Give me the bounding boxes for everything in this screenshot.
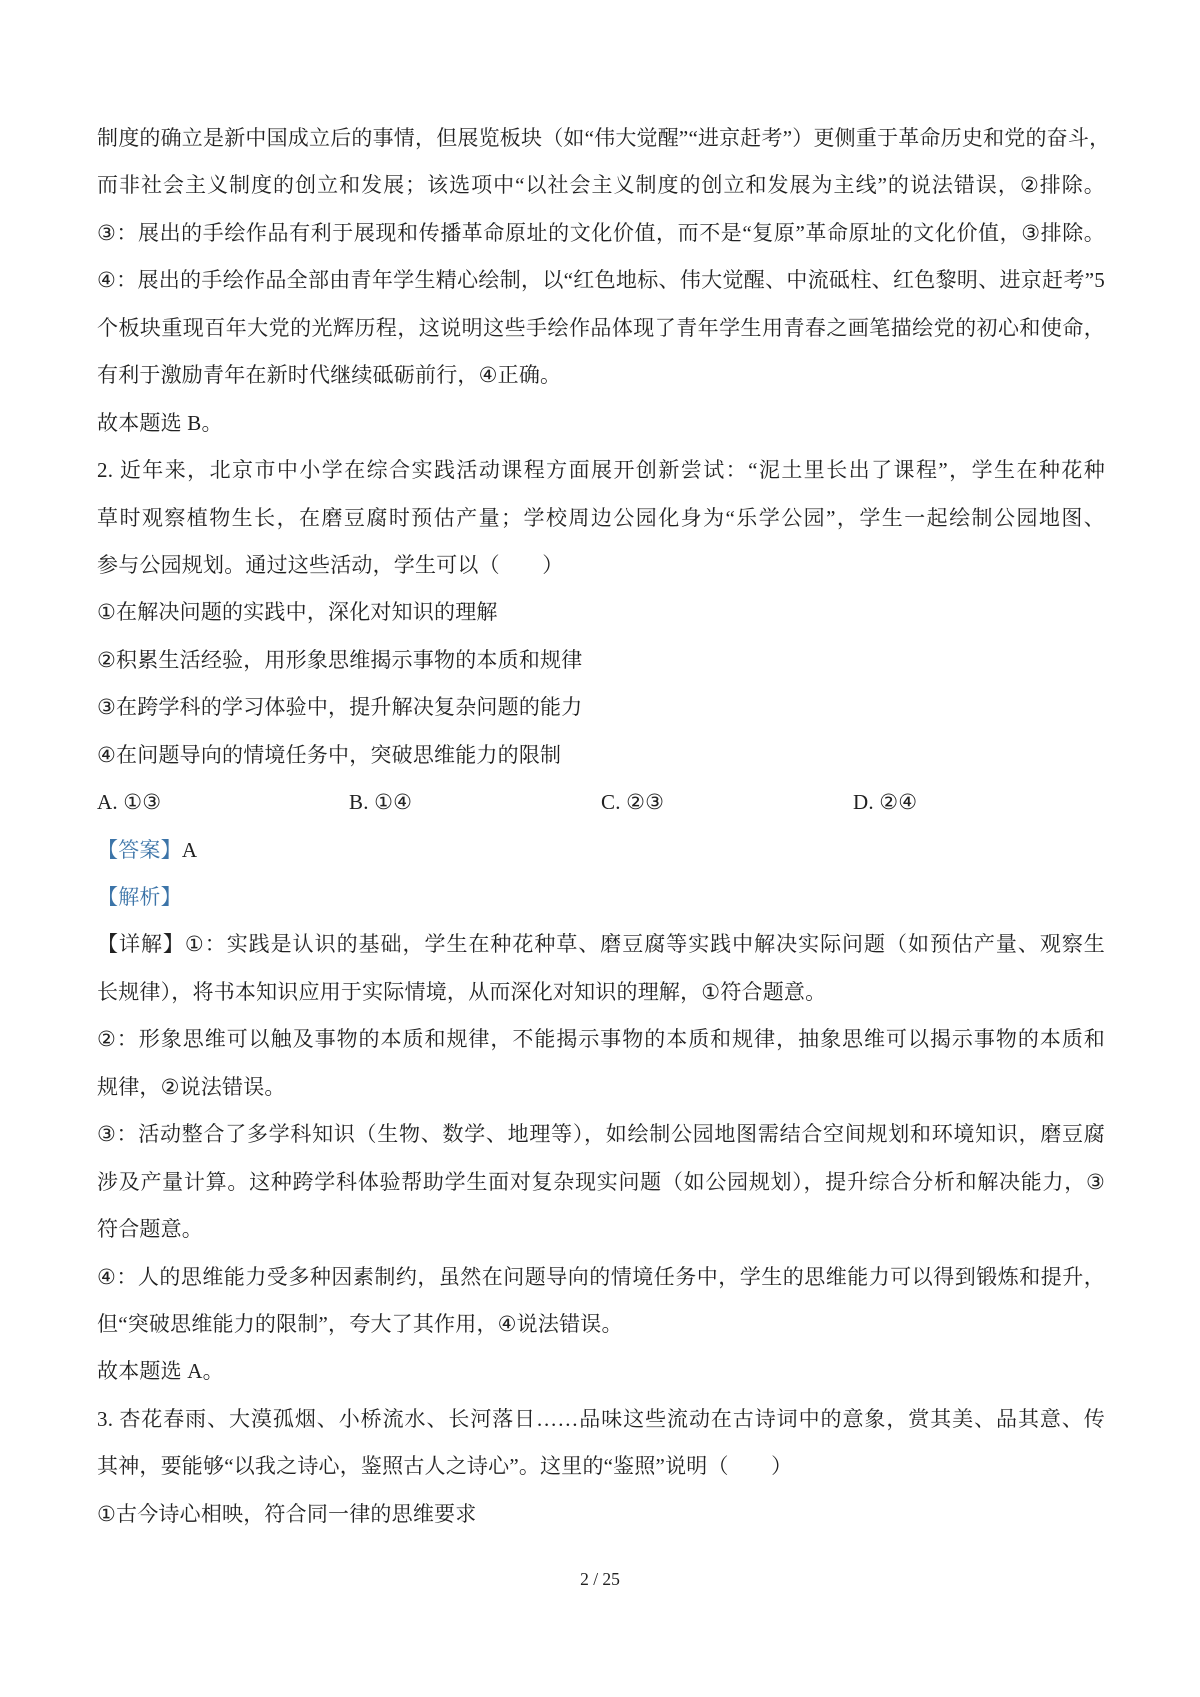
text-line: ②：形象思维可以触及事物的本质和规律，不能揭示事物的本质和规律，抽象思维可以揭示…: [97, 1016, 1105, 1063]
text-line: 涉及产量计算。这种跨学科体验帮助学生面对复杂现实问题（如公园规划），提升综合分析…: [97, 1159, 1105, 1206]
page-number: 2 / 25: [0, 1566, 1200, 1592]
text-line: 制度的确立是新中国成立后的事情，但展览板块（如“伟大觉醒”“进京赶考”）更侧重于…: [97, 115, 1105, 162]
text-line: 2. 近年来，北京市中小学在综合实践活动课程方面展开创新尝试：“泥土里长出了课程…: [97, 447, 1105, 494]
option-a: A. ①③: [97, 779, 349, 826]
text-line: 故本题选 B。: [97, 400, 1105, 447]
text-line: ④：展出的手绘作品全部由青年学生精心绘制，以“红色地标、伟大觉醒、中流砥柱、红色…: [97, 257, 1105, 304]
answer-line: 【答案】A: [97, 827, 1105, 874]
document-page: 制度的确立是新中国成立后的事情，但展览板块（如“伟大觉醒”“进京赶考”）更侧重于…: [0, 0, 1200, 1697]
text-line: ③在跨学科的学习体验中，提升解决复杂问题的能力: [97, 684, 1105, 731]
answer-label: 【答案】: [97, 838, 182, 862]
text-line: 草时观察植物生长，在磨豆腐时预估产量；学校周边公园化身为“乐学公园”，学生一起绘…: [97, 495, 1105, 542]
document-body: 制度的确立是新中国成立后的事情，但展览板块（如“伟大觉醒”“进京赶考”）更侧重于…: [97, 115, 1105, 1538]
text-line: ①在解决问题的实践中，深化对知识的理解: [97, 589, 1105, 636]
answer-value: A: [182, 838, 197, 862]
text-line: 符合题意。: [97, 1206, 1105, 1253]
option-c: C. ②③: [601, 779, 853, 826]
text-line: ④：人的思维能力受多种因素制约，虽然在问题导向的情境任务中，学生的思维能力可以得…: [97, 1254, 1105, 1301]
option-d: D. ②④: [853, 779, 1105, 826]
text-line: 有利于激励青年在新时代继续砥砺前行，④正确。: [97, 352, 1105, 399]
text-line: 其神，要能够“以我之诗心，鉴照古人之诗心”。这里的“鉴照”说明（ ）: [97, 1443, 1105, 1490]
text-line: 【详解】①：实践是认识的基础，学生在种花种草、磨豆腐等实践中解决实际问题（如预估…: [97, 921, 1105, 968]
text-line: 个板块重现百年大党的光辉历程，这说明这些手绘作品体现了青年学生用青春之画笔描绘党…: [97, 305, 1105, 352]
text-line: ②积累生活经验，用形象思维揭示事物的本质和规律: [97, 637, 1105, 684]
text-line: 规律，②说法错误。: [97, 1064, 1105, 1111]
text-line: ①古今诗心相映，符合同一律的思维要求: [97, 1491, 1105, 1538]
text-line: 参与公园规划。通过这些活动，学生可以（ ）: [97, 542, 1105, 589]
text-line: 3. 杏花春雨、大漠孤烟、小桥流水、长河落日……品味这些流动在古诗词中的意象，赏…: [97, 1396, 1105, 1443]
text-line: 而非社会主义制度的创立和发展；该选项中“以社会主义制度的创立和发展为主线”的说法…: [97, 162, 1105, 209]
text-line: ④在问题导向的情境任务中，突破思维能力的限制: [97, 732, 1105, 779]
answer-options-row: A. ①③B. ①④C. ②③D. ②④: [97, 779, 1105, 826]
text-line: ③：展出的手绘作品有利于展现和传播革命原址的文化价值，而不是“复原”革命原址的文…: [97, 210, 1105, 257]
text-line: 故本题选 A。: [97, 1348, 1105, 1395]
option-b: B. ①④: [349, 779, 601, 826]
analysis-line: 【解析】: [97, 874, 1105, 921]
analysis-label: 【解析】: [97, 885, 182, 909]
text-line: ③：活动整合了多学科知识（生物、数学、地理等），如绘制公园地图需结合空间规划和环…: [97, 1111, 1105, 1158]
text-line: 长规律），将书本知识应用于实际情境，从而深化对知识的理解，①符合题意。: [97, 969, 1105, 1016]
text-line: 但“突破思维能力的限制”，夸大了其作用，④说法错误。: [97, 1301, 1105, 1348]
